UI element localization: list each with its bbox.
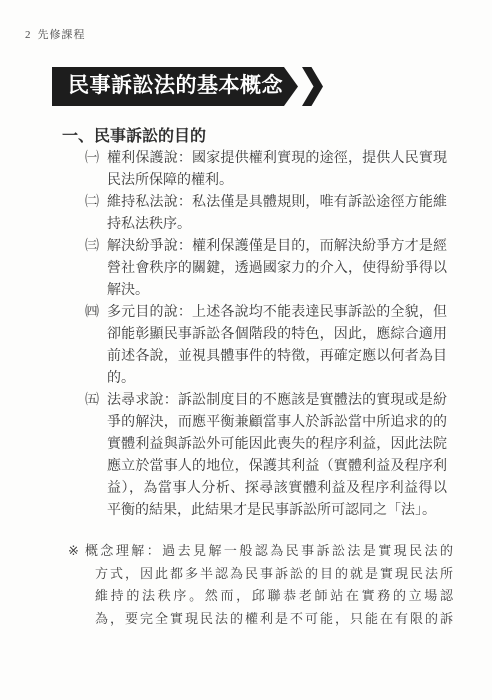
book-page: 2先修課程 民事訴訟法的基本概念 一、民事訴訟的目的 ㈠ 權利保護說：國家提供權… <box>0 0 492 700</box>
course-label: 先修課程 <box>38 29 86 41</box>
list-item-marker: ㈢ <box>85 236 107 258</box>
list-item: ㈢ 解決紛爭說：權利保護僅是目的，而解決紛爭方才是經營社會秩序的關鍵，透過國家力… <box>85 236 452 302</box>
list-item: ㈡ 維持私法說：私法僅是具體規則，唯有訴訟途徑方能維持私法秩序。 <box>85 192 452 236</box>
running-head: 2先修課程 <box>25 26 86 42</box>
page-number: 2 <box>25 29 31 41</box>
list-item-marker: ㈠ <box>85 148 107 170</box>
list-item-text: 解決紛爭說：權利保護僅是目的，而解決紛爭方才是經營社會秩序的關鍵，透過國家力的介… <box>107 236 447 302</box>
chevron-right-icon <box>302 67 323 106</box>
page-content: 一、民事訴訟的目的 ㈠ 權利保護說：國家提供權利實現的途徑，提供人民實現民法所保… <box>62 126 452 630</box>
list-item: ㈤ 法尋求說：訴訟制度目的不應該是實體法的實現或是紛爭的解決，而應平衡兼顧當事人… <box>85 390 452 522</box>
list-item-text: 權利保護說：國家提供權利實現的途徑，提供人民實現民法所保障的權利。 <box>107 148 447 192</box>
list-item: ㈣ 多元目的說：上述各說均不能表達民事訴訟的全貌，但卻能彰顯民事訴訟各個階段的特… <box>85 302 452 390</box>
list-item-text: 法尋求說：訴訟制度目的不應該是實體法的實現或是紛爭的解決，而應平衡兼顧當事人於訴… <box>107 390 447 522</box>
doctrine-list: ㈠ 權利保護說：國家提供權利實現的途徑，提供人民實現民法所保障的權利。 ㈡ 維持… <box>85 148 452 522</box>
list-item-text: 維持私法說：私法僅是具體規則，唯有訴訟途徑方能維持私法秩序。 <box>107 192 447 236</box>
section-heading: 一、民事訴訟的目的 <box>62 126 452 148</box>
reference-mark-icon: ※ <box>68 540 85 563</box>
list-item-marker: ㈤ <box>85 390 107 412</box>
list-item-marker: ㈣ <box>85 302 107 324</box>
chapter-banner: 民事訴訟法的基本概念 <box>52 67 323 106</box>
list-item-text: 多元目的說：上述各說均不能表達民事訴訟的全貌，但卻能彰顯民事訴訟各個階段的特色，… <box>107 302 447 390</box>
concept-note: ※ 概念理解：過去見解一般認為民事訴訟法是實現民法的方式，因此都多半認為民事訴訟… <box>68 540 452 630</box>
concept-note-text: 概念理解：過去見解一般認為民事訴訟法是實現民法的方式，因此都多半認為民事訴訟的目… <box>85 540 455 630</box>
list-item-marker: ㈡ <box>85 192 107 214</box>
list-item: ㈠ 權利保護說：國家提供權利實現的途徑，提供人民實現民法所保障的權利。 <box>85 148 452 192</box>
chapter-banner-body: 民事訴訟法的基本概念 <box>52 67 298 106</box>
chapter-title: 民事訴訟法的基本概念 <box>68 75 283 98</box>
